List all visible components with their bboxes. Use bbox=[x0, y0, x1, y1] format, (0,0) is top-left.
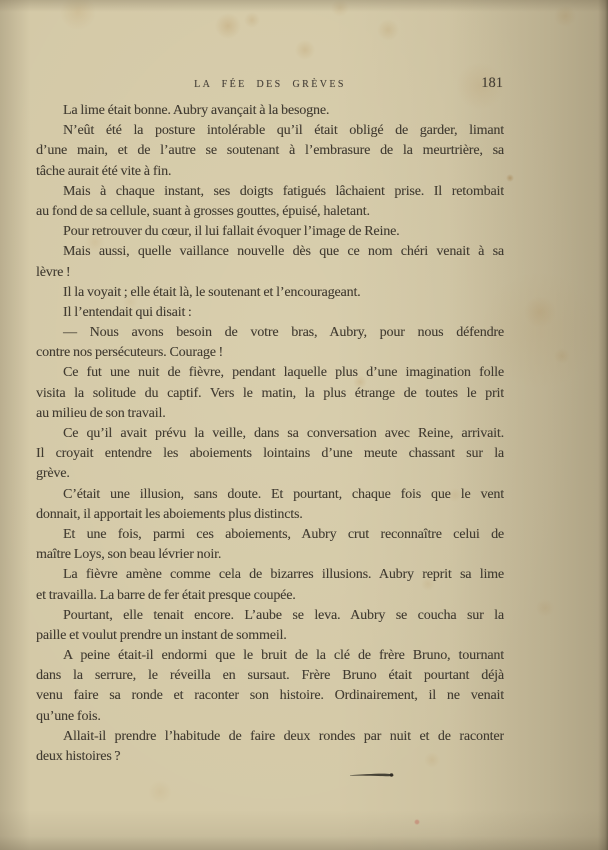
running-header: LA FÉE DES GRÈVES 181 bbox=[36, 74, 504, 98]
text-line: dans la serrure, le réveilla en sursaut.… bbox=[36, 666, 504, 686]
text-line: et travailla. La barre de fer était pres… bbox=[36, 586, 504, 606]
text-line: A peine était-il endormi que le bruit de… bbox=[36, 646, 504, 666]
paragraph: C’était une illusion, sans doute. Et pou… bbox=[36, 485, 504, 525]
paragraph: N’eût été la posture intolérable qu’il é… bbox=[36, 121, 504, 182]
scanned-book-page: LA FÉE DES GRÈVES 181 La lime était bonn… bbox=[0, 0, 608, 850]
paragraph: — Nous avons besoin de votre bras, Aubry… bbox=[36, 323, 504, 363]
text-line: deux histoires ? bbox=[36, 747, 504, 767]
running-title: LA FÉE DES GRÈVES bbox=[36, 79, 504, 90]
text-line: qu’une fois. bbox=[36, 707, 504, 727]
paragraph: Mais aussi, quelle vaillance nouvelle dè… bbox=[36, 242, 504, 282]
text-line: Il la voyait ; elle était là, le soutena… bbox=[36, 283, 504, 303]
paragraph: Ce qu’il avait prévu la veille, dans sa … bbox=[36, 424, 504, 485]
paragraph: La lime était bonne. Aubry avançait à la… bbox=[36, 101, 504, 121]
paragraph: Il l’entendait qui disait : bbox=[36, 303, 504, 323]
end-dash-ornament bbox=[350, 770, 396, 780]
text-line: Pour retrouver du cœur, il lui fallait é… bbox=[36, 222, 504, 242]
text-line: maître Loys, son beau lévrier noir. bbox=[36, 545, 504, 565]
text-line: grève. bbox=[36, 464, 504, 484]
text-line: Il croyait entendre les aboiements loint… bbox=[36, 444, 504, 464]
text-line: Pourtant, elle tenait encore. L’aube se … bbox=[36, 606, 504, 626]
text-line: au fond de sa cellule, suant à grosses g… bbox=[36, 202, 504, 222]
page-body: La lime était bonne. Aubry avançait à la… bbox=[36, 101, 504, 767]
text-line: La lime était bonne. Aubry avançait à la… bbox=[36, 101, 504, 121]
paragraph: Et une fois, parmi ces aboiements, Aubry… bbox=[36, 525, 504, 565]
text-line: N’eût été la posture intolérable qu’il é… bbox=[36, 121, 504, 141]
paragraph: A peine était-il endormi que le bruit de… bbox=[36, 646, 504, 727]
text-line: C’était une illusion, sans doute. Et pou… bbox=[36, 485, 504, 505]
paragraph: Mais à chaque instant, ses doigts fatigu… bbox=[36, 182, 504, 222]
text-line: Il l’entendait qui disait : bbox=[36, 303, 504, 323]
text-line: paille et voulut prendre un instant de s… bbox=[36, 626, 504, 646]
text-line: Allait-il prendre l’habitude de faire de… bbox=[36, 727, 504, 747]
text-line: lèvre ! bbox=[36, 263, 504, 283]
paragraph: Pourtant, elle tenait encore. L’aube se … bbox=[36, 606, 504, 646]
paragraph: Pour retrouver du cœur, il lui fallait é… bbox=[36, 222, 504, 242]
text-line: Mais à chaque instant, ses doigts fatigu… bbox=[36, 182, 504, 202]
text-line: La fièvre amène comme cela de bizarres i… bbox=[36, 565, 504, 585]
text-line: Mais aussi, quelle vaillance nouvelle dè… bbox=[36, 242, 504, 262]
text-line: tâche aurait été vite à fin. bbox=[36, 162, 504, 182]
paragraph: Ce fut une nuit de fièvre, pendant laque… bbox=[36, 363, 504, 424]
text-line: Et une fois, parmi ces aboiements, Aubry… bbox=[36, 525, 504, 545]
text-line: Ce fut une nuit de fièvre, pendant laque… bbox=[36, 363, 504, 383]
text-line: d’une main, et de l’autre se soutenant à… bbox=[36, 141, 504, 161]
text-line: contre nos persécuteurs. Courage ! bbox=[36, 343, 504, 363]
paragraph: Allait-il prendre l’habitude de faire de… bbox=[36, 727, 504, 767]
text-line: au milieu de son travail. bbox=[36, 404, 504, 424]
page-number: 181 bbox=[481, 75, 503, 92]
text-line: — Nous avons besoin de votre bras, Aubry… bbox=[36, 323, 504, 343]
text-line: donnait, il apportait les aboiements plu… bbox=[36, 505, 504, 525]
paragraph: Il la voyait ; elle était là, le soutena… bbox=[36, 283, 504, 303]
text-line: Ce qu’il avait prévu la veille, dans sa … bbox=[36, 424, 504, 444]
paragraph: La fièvre amène comme cela de bizarres i… bbox=[36, 565, 504, 605]
text-line: venu faire sa ronde et raconter son hist… bbox=[36, 686, 504, 706]
text-line: visita la solitude du captif. Vers le ma… bbox=[36, 384, 504, 404]
